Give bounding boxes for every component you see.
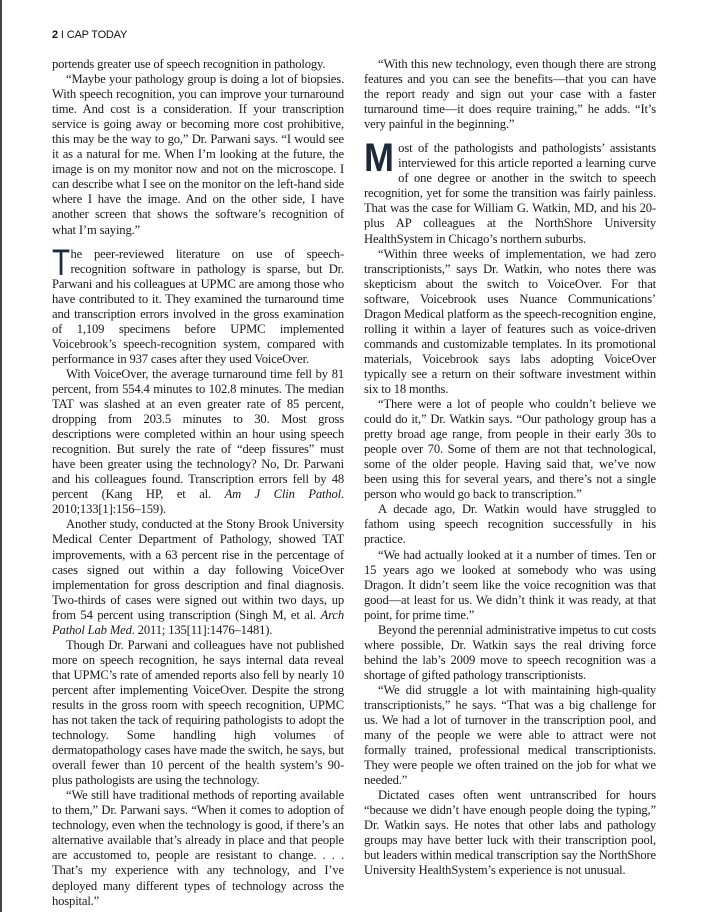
- paragraph: “With this new technology, even though t…: [364, 57, 656, 132]
- paragraph: Though Dr. Parwani and colleagues have n…: [52, 638, 344, 788]
- paragraph: “Within three weeks of implementation, w…: [364, 247, 656, 397]
- section-start-paragraph: Most of the pathologists and pathologist…: [364, 141, 656, 246]
- paragraph: With VoiceOver, the average turnaround t…: [52, 367, 344, 517]
- paragraph: A decade ago, Dr. Watkin would have stru…: [364, 502, 656, 547]
- paragraph: Dictated cases often went untranscribed …: [364, 788, 656, 878]
- header-separator: I: [61, 29, 64, 41]
- paragraph: “We still have traditional methods of re…: [52, 788, 344, 908]
- paragraph-text: he peer-reviewed literature on use of sp…: [52, 247, 344, 366]
- paragraph-text: Another study, conducted at the Stony Br…: [52, 517, 344, 621]
- left-column: portends greater use of speech recogniti…: [52, 57, 344, 909]
- paragraph-text: ost of the pathologists and pathologists…: [364, 141, 656, 245]
- paragraph: “There were a lot of people who couldn’t…: [364, 397, 656, 502]
- publication-name: CAP TODAY: [67, 29, 127, 41]
- running-header: 2ICAP TODAY: [52, 29, 127, 41]
- citation-details: . 2011; 135[11]:1476–1481).: [132, 623, 273, 637]
- paragraph: Beyond the perennial administrative impe…: [364, 623, 656, 683]
- paragraph: Another study, conducted at the Stony Br…: [52, 517, 344, 637]
- paragraph: “We did struggle a lot with maintaining …: [364, 683, 656, 788]
- right-column: “With this new technology, even though t…: [364, 57, 656, 879]
- paragraph-text: With VoiceOver, the average turnaround t…: [52, 367, 344, 501]
- paragraph: “We had actually looked at it a number o…: [364, 548, 656, 623]
- drop-cap: T: [52, 249, 70, 277]
- section-start-paragraph: The peer-reviewed literature on use of s…: [52, 247, 344, 367]
- citation-journal: Am J Clin Pathol: [225, 487, 341, 501]
- page-left-edge: [0, 0, 2, 912]
- paragraph: “Maybe your pathology group is doing a l…: [52, 72, 344, 238]
- page-number: 2: [52, 29, 58, 41]
- paragraph: portends greater use of speech recogniti…: [52, 57, 344, 72]
- drop-cap: M: [364, 143, 394, 173]
